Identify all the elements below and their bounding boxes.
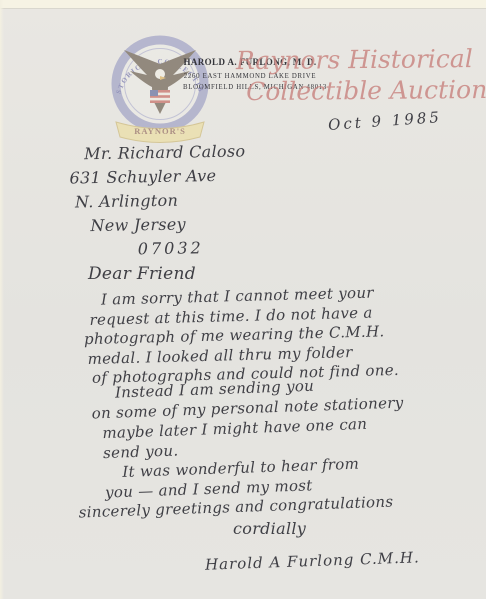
flag-shield-icon (150, 90, 170, 103)
body-paragraph-2: Instead I am sending you on some of my p… (91, 373, 405, 464)
recipient-line: N. Arlington (75, 187, 247, 214)
auction-watermark: Raynors Historical Collectible Auctions (236, 43, 486, 107)
watermark-line1: Raynors Historical (236, 43, 486, 76)
body-paragraph-3: It was wonderful to hear from you — and … (77, 454, 394, 523)
closing: cordially (233, 519, 306, 538)
recipient-address-block: Mr. Richard Caloso 631 Schuyler Ave N. A… (69, 139, 247, 262)
watermark-line2: Collectible Auctions (246, 74, 486, 107)
salutation: Dear Friend (88, 264, 196, 284)
recipient-line: 631 Schuyler Ave (69, 163, 246, 190)
recipient-line: New Jersey (90, 211, 247, 238)
handwritten-date: Oct 9 1985 (328, 108, 443, 134)
logo-banner-text: RAYNOR'S (134, 126, 186, 136)
signature: Harold A Furlong C.M.H. (205, 548, 420, 573)
recipient-zip: 07032 (138, 235, 248, 261)
body-paragraph-1: I am sorry that I cannot meet your reque… (83, 283, 399, 389)
recipient-line: Mr. Richard Caloso (84, 139, 246, 166)
scan-edge-line (0, 8, 486, 9)
scan-edge-top (0, 0, 486, 8)
letter-scan: HISTORICAL COLLECTIBLE RAYNOR'S HAROLD A… (0, 0, 486, 599)
scan-edge-left (0, 0, 4, 599)
